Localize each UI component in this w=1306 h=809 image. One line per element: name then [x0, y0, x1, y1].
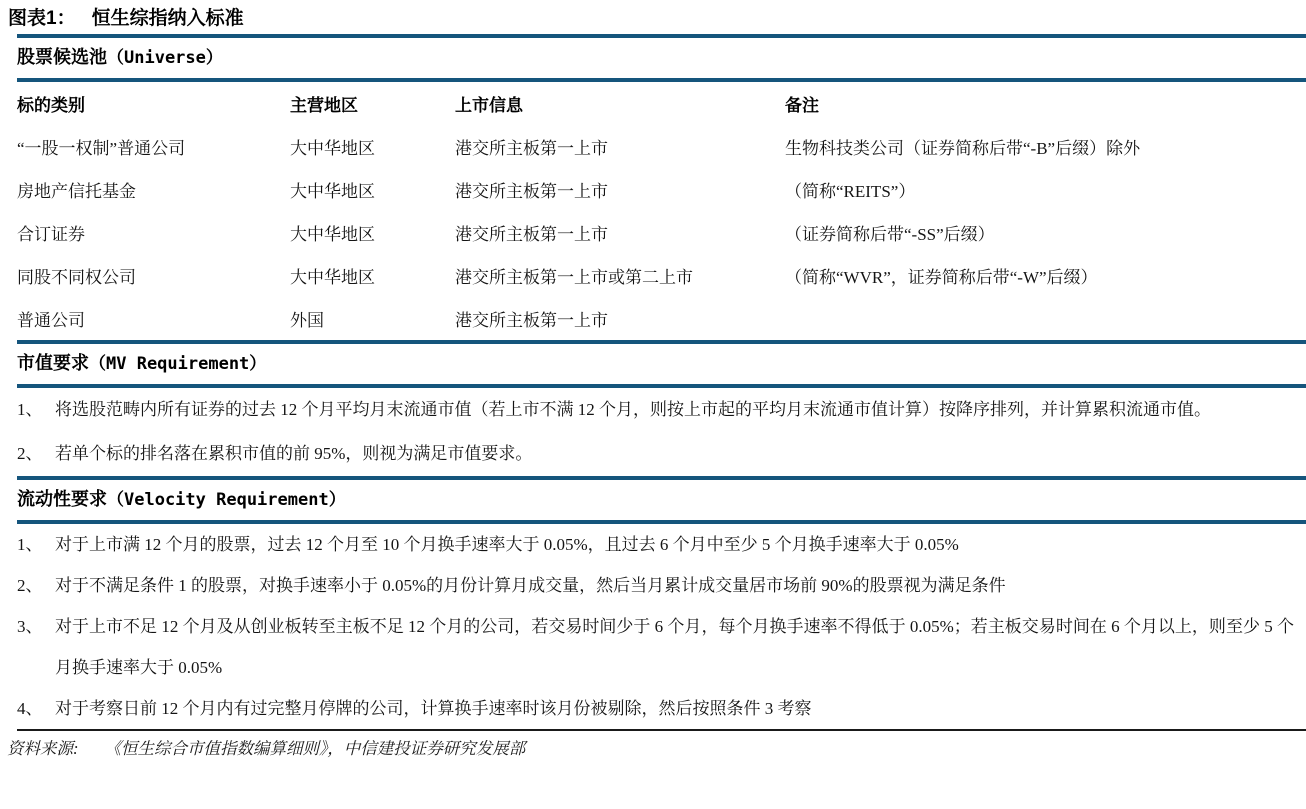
mv-item-1: 1、 将选股范畴内所有证券的过去 12 个月平均月末流通市值（若上市不满 12 …	[17, 388, 1298, 432]
universe-row-1-region: 大中华地区	[290, 168, 455, 211]
velocity-item-1: 1、 对于上市满 12 个月的股票，过去 12 个月至 10 个月换手速率大于 …	[17, 524, 1298, 565]
universe-row-4-region: 外国	[290, 297, 455, 340]
mv-item-2: 2、 若单个标的排名落在累积市值的前 95%，则视为满足市值要求。	[17, 432, 1298, 476]
velocity-item-4: 4、 对于考察日前 12 个月内有过完整月停牌的公司，计算换手速率时该月份被剔除…	[17, 688, 1298, 729]
report-figure-page: 图表1：恒生综指纳入标准 股票候选池（Universe） 标的类别 主营地区 上…	[0, 0, 1306, 809]
universe-row-0-remark: 生物科技类公司（证券简称后带“-B”后缀）除外	[785, 125, 1306, 168]
universe-row-3-region: 大中华地区	[290, 254, 455, 297]
section-universe-title-en: （Universe）	[107, 48, 223, 68]
universe-row-1-category: 房地产信托基金	[17, 168, 290, 211]
mv-item-1-text: 将选股范畴内所有证券的过去 12 个月平均月末流通市值（若上市不满 12 个月，…	[55, 388, 1298, 432]
universe-row-2-region: 大中华地区	[290, 211, 455, 254]
universe-row-2-category: 合订证券	[17, 211, 290, 254]
source-note-text: 《恒生综合市值指数编算细则》，中信建投证券研究发展部	[105, 739, 526, 758]
velocity-item-2: 2、 对于不满足条件 1 的股票，对换手速率小于 0.05%的月份计算月成交量，…	[17, 565, 1298, 606]
universe-row-3-category: 同股不同权公司	[17, 254, 290, 297]
universe-row-2-remark: （证券简称后带“-SS”后缀）	[785, 211, 1306, 254]
section-mv-header: 市值要求（MV Requirement）	[17, 344, 1306, 384]
source-note: 资料来源:《恒生综合市值指数编算细则》，中信建投证券研究发展部	[0, 731, 1306, 760]
figure-title-text: 恒生综指纳入标准	[92, 8, 244, 29]
velocity-item-3-number: 3、	[17, 606, 55, 688]
universe-row-1-remark: （简称“REITS”）	[785, 168, 1306, 211]
mv-requirement-list: 1、 将选股范畴内所有证券的过去 12 个月平均月末流通市值（若上市不满 12 …	[17, 388, 1306, 476]
velocity-requirement-list: 1、 对于上市满 12 个月的股票，过去 12 个月至 10 个月换手速率大于 …	[17, 524, 1306, 729]
figure-title: 图表1：恒生综指纳入标准	[0, 0, 1306, 34]
universe-row-4-remark	[785, 297, 1306, 340]
universe-row-0-category: “一股一权制”普通公司	[17, 125, 290, 168]
velocity-item-1-number: 1、	[17, 524, 55, 565]
universe-row-1-listing: 港交所主板第一上市	[455, 168, 785, 211]
section-velocity-title-zh: 流动性要求	[17, 489, 107, 509]
velocity-item-2-number: 2、	[17, 565, 55, 606]
section-universe-title-zh: 股票候选池	[17, 47, 107, 67]
figure-title-label: 图表1：	[8, 8, 76, 29]
universe-row-3-remark: （简称“WVR”，证券简称后带“-W”后缀）	[785, 254, 1306, 297]
section-velocity-title-en: （Velocity Requirement）	[107, 490, 346, 510]
section-mv-title-en: （MV Requirement）	[89, 354, 266, 374]
universe-row-0-region: 大中华地区	[290, 125, 455, 168]
universe-col-header-listing: 上市信息	[455, 82, 785, 125]
universe-row-3-listing: 港交所主板第一上市或第二上市	[455, 254, 785, 297]
universe-row-0-listing: 港交所主板第一上市	[455, 125, 785, 168]
velocity-item-4-text: 对于考察日前 12 个月内有过完整月停牌的公司，计算换手速率时该月份被剔除，然后…	[55, 688, 1298, 729]
mv-item-2-text: 若单个标的排名落在累积市值的前 95%，则视为满足市值要求。	[55, 432, 1298, 476]
universe-col-header-remark: 备注	[785, 82, 1306, 125]
section-mv-title-zh: 市值要求	[17, 353, 89, 373]
universe-col-header-category: 标的类别	[17, 82, 290, 125]
universe-table: 标的类别 主营地区 上市信息 备注 “一股一权制”普通公司 大中华地区 港交所主…	[17, 82, 1306, 340]
section-universe-header: 股票候选池（Universe）	[17, 38, 1306, 78]
universe-row-4-category: 普通公司	[17, 297, 290, 340]
figure-table: 股票候选池（Universe） 标的类别 主营地区 上市信息 备注 “一股一权制…	[17, 34, 1306, 731]
velocity-item-2-text: 对于不满足条件 1 的股票，对换手速率小于 0.05%的月份计算月成交量，然后当…	[55, 565, 1298, 606]
section-velocity-header: 流动性要求（Velocity Requirement）	[17, 480, 1306, 520]
universe-row-4-listing: 港交所主板第一上市	[455, 297, 785, 340]
velocity-item-3: 3、 对于上市不足 12 个月及从创业板转至主板不足 12 个月的公司，若交易时…	[17, 606, 1298, 688]
mv-item-2-number: 2、	[17, 432, 55, 476]
universe-col-header-region: 主营地区	[290, 82, 455, 125]
universe-row-2-listing: 港交所主板第一上市	[455, 211, 785, 254]
velocity-item-3-text: 对于上市不足 12 个月及从创业板转至主板不足 12 个月的公司，若交易时间少于…	[55, 606, 1298, 688]
mv-item-1-number: 1、	[17, 388, 55, 432]
velocity-item-1-text: 对于上市满 12 个月的股票，过去 12 个月至 10 个月换手速率大于 0.0…	[55, 524, 1298, 565]
velocity-item-4-number: 4、	[17, 688, 55, 729]
source-note-label: 资料来源:	[7, 739, 79, 758]
